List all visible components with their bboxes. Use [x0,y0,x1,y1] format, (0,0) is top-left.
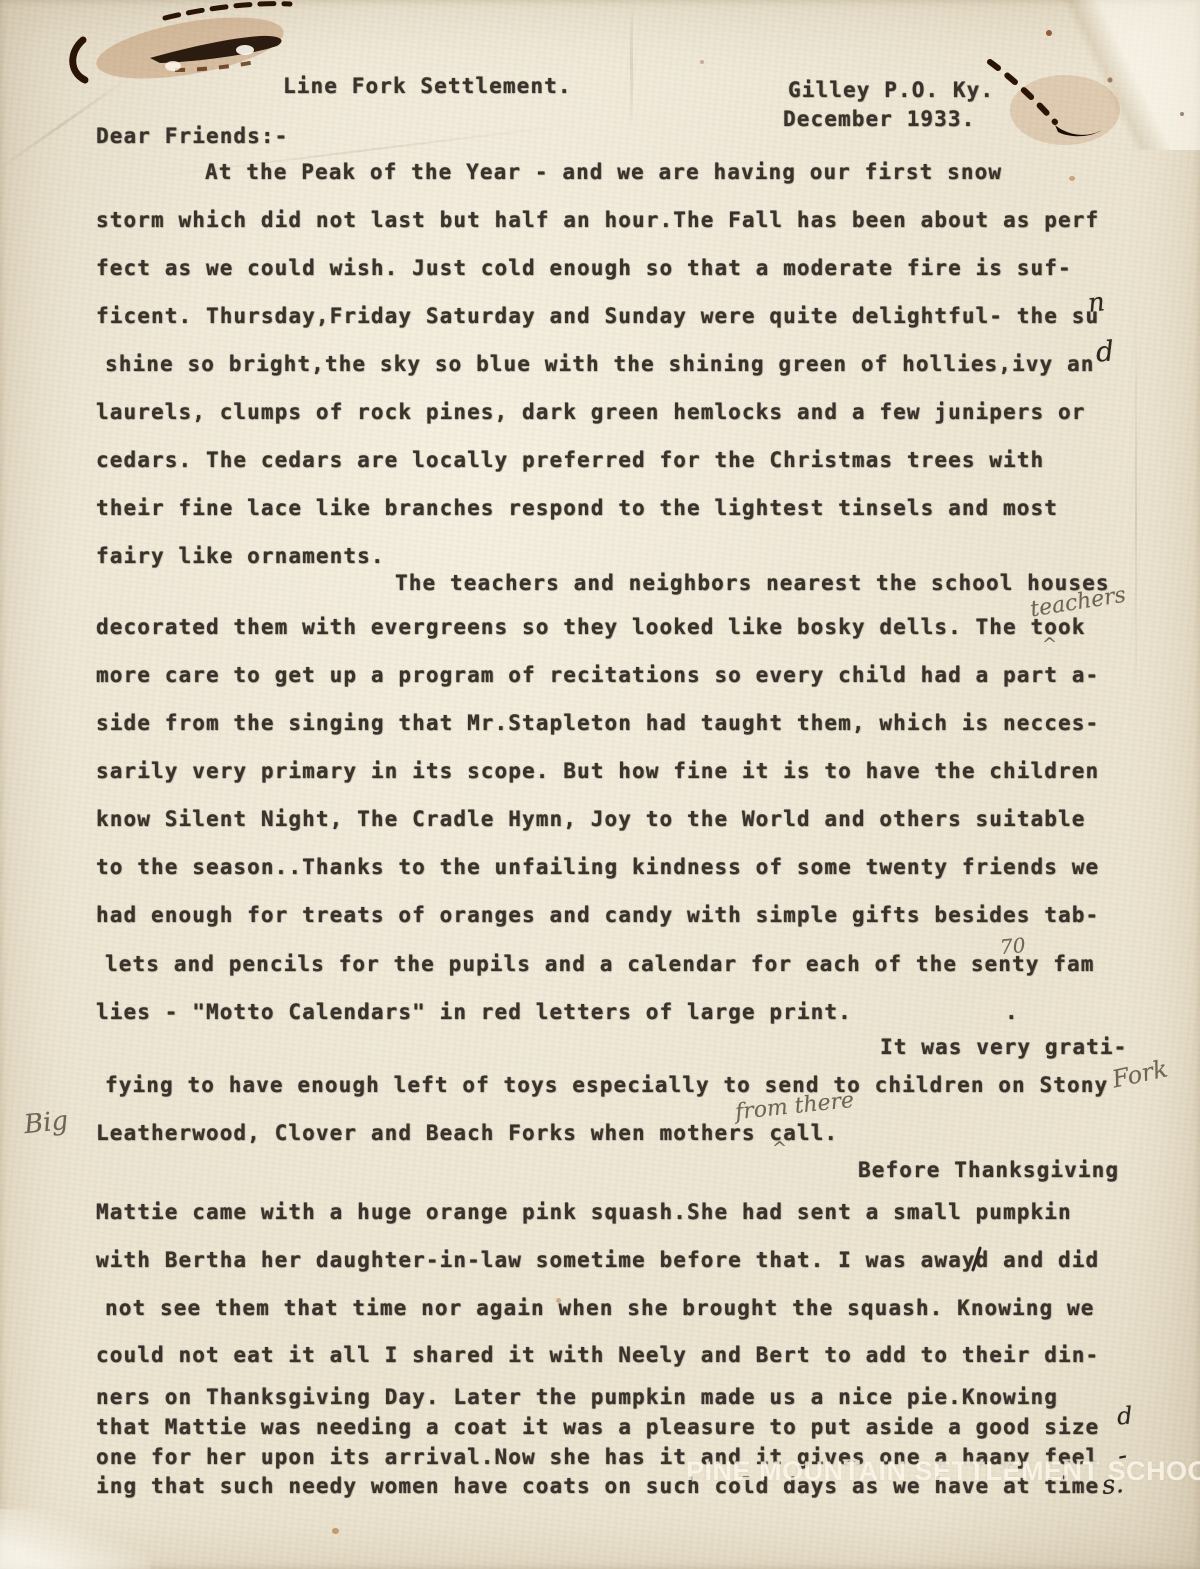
watermark: PINE MOUNTAIN SETTLEMENT SCHOOL 2015 [686,1456,1166,1487]
typed-line: It was very grati- [880,1035,1127,1059]
typed-line: more care to get up a program of recitat… [96,663,1099,687]
letter-org-line: Line Fork Settlement. [283,74,572,98]
typed-line: their fine lace like branches respond to… [96,496,1058,520]
handwritten-note: d [1095,337,1115,366]
typed-line: shine so bright,the sky so blue with the… [105,352,1095,376]
paper-grain-texture [0,0,1200,1569]
typed-line: fairy like ornaments. [96,544,385,568]
letter-place-line: Gilley P.O. Ky. [788,78,994,102]
typed-line: ners on Thanksgiving Day. Later the pump… [96,1385,1058,1409]
typed-line: with Bertha her daughter-in-law sometime… [96,1248,1099,1272]
paper-freckle [700,60,704,64]
handwritten-note: Fork [1110,1056,1170,1091]
letter-salutation: Dear Friends:- [96,124,288,148]
typed-line: that Mattie was needing a coat it was a … [96,1415,1099,1439]
typed-line: not see them that time nor again when sh… [105,1296,1095,1320]
typed-line: Leatherwood, Clover and Beach Forks when… [96,1121,838,1145]
letter-date-line: December 1933. [783,107,975,131]
paper-freckle [332,1528,339,1534]
typed-line: fying to have enough left of toys especi… [105,1073,1108,1097]
typed-line: cedars. The cedars are locally preferred… [96,448,1044,472]
paper-crease [630,0,633,130]
typed-line: had enough for treats of oranges and can… [96,903,1099,927]
typed-line: At the Peak of the Year - and we are hav… [205,160,1002,184]
typed-line: to the season..Thanks to the unfailing k… [96,855,1099,879]
paper-freckle [1180,112,1184,116]
typed-line: ficent. Thursday,Friday Saturday and Sun… [96,304,1099,328]
typed-line: fect as we could wish. Just cold enough … [96,256,1072,280]
typed-line: The teachers and neighbors nearest the s… [395,571,1110,595]
handwritten-note: 70 [999,935,1026,957]
typed-line: laurels, clumps of rock pines, dark gree… [96,400,1086,424]
letter-page: Line Fork Settlement. Gilley P.O. Ky. De… [0,0,1200,1569]
typed-line: lets and pencils for the pupils and a ca… [105,952,1095,976]
handwritten-note: d [1116,1403,1133,1428]
handwritten-note: n [1087,289,1106,317]
corner-fold [1020,0,1200,150]
typed-line: Before Thanksgiving [858,1158,1119,1182]
typed-line: could not eat it all I shared it with Ne… [96,1343,1099,1367]
handwritten-note: ^ [772,1140,787,1158]
typed-line: side from the singing that Mr.Stapleton … [96,711,1099,735]
handwritten-note: ^ [1042,636,1057,654]
paper-edge [0,1509,150,1569]
typed-line: . [1005,1000,1019,1024]
typed-line: decorated them with evergreens so they l… [96,615,1086,639]
typed-line: know Silent Night, The Cradle Hymn, Joy … [96,807,1086,831]
typed-line: sarily very primary in its scope. But ho… [96,759,1099,783]
paper-crease [1135,300,1137,720]
paper-freckle [1069,176,1075,181]
typed-line: Mattie came with a huge orange pink squa… [96,1200,1072,1224]
handwritten-note: Big [23,1108,70,1138]
typed-line: lies - "Motto Calendars" in red letters … [96,1000,852,1024]
typed-line: storm which did not last but half an hou… [96,208,1099,232]
